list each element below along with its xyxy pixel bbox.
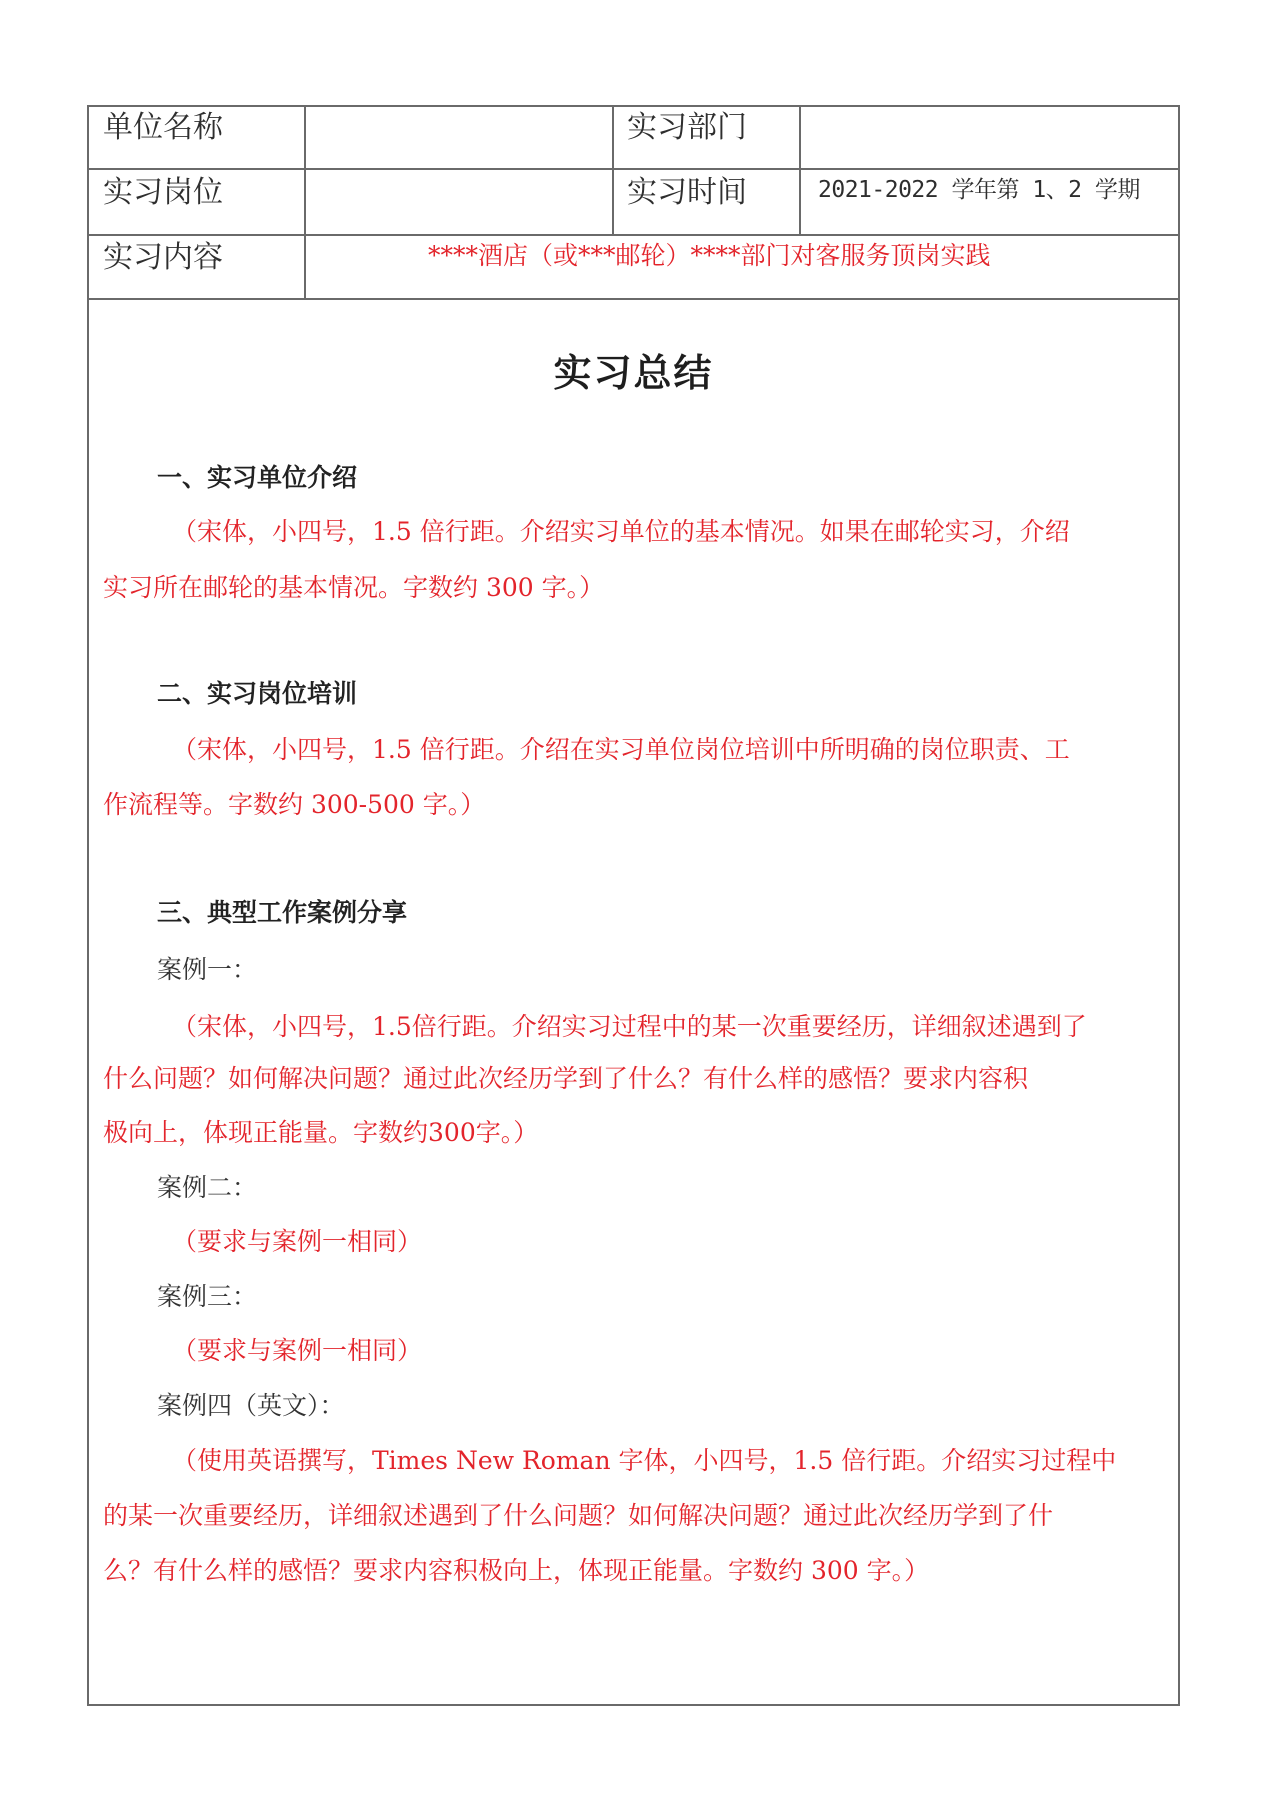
label-period: 实习时间 [627,175,747,211]
case-label-2: 案例二： [157,1172,257,1204]
section-heading-training: 二、实习岗位培训 [157,678,357,710]
case-label-4: 案例四（英文）： [157,1390,345,1422]
instruction-text: 作流程等。字数约 300-500 字。） [103,789,485,821]
table-row-divider [87,234,1180,236]
label-position: 实习岗位 [103,175,223,211]
field-period[interactable]: 2021-2022 学年第 1、2 学期 [818,175,1140,205]
page-title: 实习总结 [87,350,1180,396]
table-row-divider [87,298,1180,300]
label-department: 实习部门 [627,110,747,146]
instruction-text: （要求与案例一相同） [172,1226,422,1258]
section-heading-unit-intro: 一、实习单位介绍 [157,462,357,494]
table-col-divider [799,105,801,235]
instruction-text: （宋体，小四号，1.5倍行距。介绍实习过程中的某一次重要经历，详细叙述遇到了 [172,1011,1087,1043]
instruction-text: 的某一次重要经历，详细叙述遇到了什么问题？如何解决问题？通过此次经历学到了什 [103,1500,1053,1532]
instruction-text: 实习所在邮轮的基本情况。字数约 300 字。） [103,572,604,604]
instruction-text: （要求与案例一相同） [172,1335,422,1367]
label-content: 实习内容 [103,240,223,276]
field-content[interactable]: ****酒店（或***邮轮）****部门对客服务顶岗实践 [428,240,991,272]
case-label-1: 案例一： [157,954,257,986]
case-label-3: 案例三： [157,1281,257,1313]
table-col-divider [612,105,614,235]
table-col-divider [304,105,306,299]
instruction-text: 么？有什么样的感悟？要求内容积极向上，体现正能量。字数约 300 字。） [103,1555,929,1587]
field-department[interactable] [815,114,1165,158]
label-unit-name: 单位名称 [103,110,223,146]
instruction-text: 什么问题？如何解决问题？通过此次经历学到了什么？有什么样的感悟？要求内容积 [103,1063,1028,1095]
section-heading-cases: 三、典型工作案例分享 [157,897,407,929]
instruction-text: （使用英语撰写，Times New Roman 字体，小四号，1.5 倍行距。介… [172,1445,1116,1477]
field-position[interactable] [320,180,600,224]
instruction-text: （宋体，小四号，1.5 倍行距。介绍实习单位的基本情况。如果在邮轮实习，介绍 [172,516,1070,548]
field-unit-name[interactable] [320,114,600,158]
table-row-divider [87,168,1180,170]
instruction-text: 极向上，体现正能量。字数约300字。） [103,1117,538,1149]
instruction-text: （宋体，小四号，1.5 倍行距。介绍在实习单位岗位培训中所明确的岗位职责、工 [172,734,1070,766]
